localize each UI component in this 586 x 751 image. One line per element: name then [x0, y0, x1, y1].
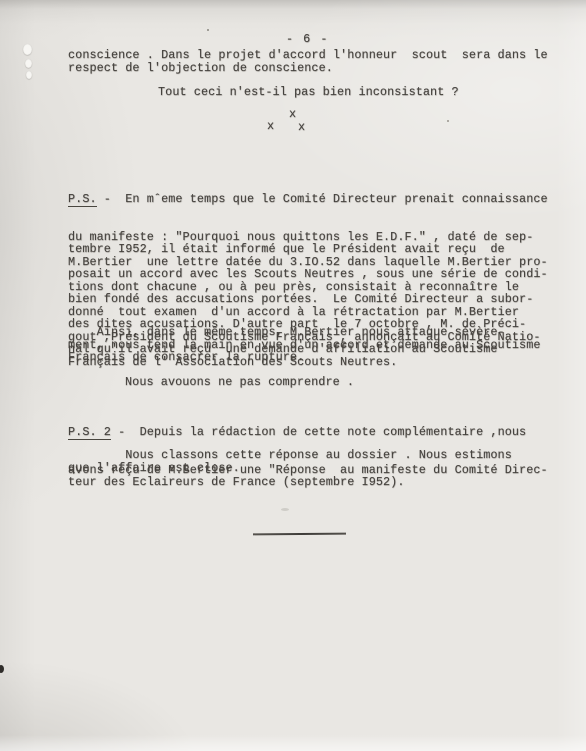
ps1-label: P.S.: [68, 192, 97, 207]
ps1-first-line: P.S. - En mˆeme temps que le Comité Dire…: [68, 193, 548, 206]
page-number: - 6 -: [286, 33, 329, 46]
paragraph-avouons: Nous avouons ne pas comprendre .: [125, 376, 354, 389]
paragraph-question: Tout ceci n'est-il pas bien inconsistant…: [158, 86, 459, 99]
paper-damage-spot: [26, 71, 32, 79]
paragraph-ainsi: Ainsi, dans le même temps, M.Bertier nou…: [68, 326, 541, 364]
paragraph-intro: conscience . Dans le projet d'accord l'h…: [68, 49, 548, 74]
paper-damage-spot: [23, 44, 32, 55]
edge-ink-mark: [0, 665, 4, 673]
ps1-first-line-rest: - En mˆeme temps que le Comité Directeur…: [97, 192, 548, 206]
ps2-first-line: P.S. 2 - Depuis la rédaction de cette no…: [68, 426, 548, 439]
x-separator-left: x: [267, 120, 274, 133]
paper-speck: [207, 29, 209, 31]
ps2-first-line-rest: - Depuis la rédaction de cette note comp…: [111, 425, 526, 439]
paper-damage-spot: [25, 59, 32, 68]
end-divider-rule: [253, 533, 346, 536]
paper-speck: [447, 120, 449, 122]
paragraph-closing: Nous classons cette réponse au dossier .…: [68, 449, 512, 474]
scanned-document-page: - 6 - conscience . Dans le projet d'acco…: [0, 0, 586, 751]
x-separator-top: x: [289, 108, 296, 121]
x-separator-right: x: [298, 121, 305, 134]
ps2-label: P.S. 2: [68, 425, 111, 440]
